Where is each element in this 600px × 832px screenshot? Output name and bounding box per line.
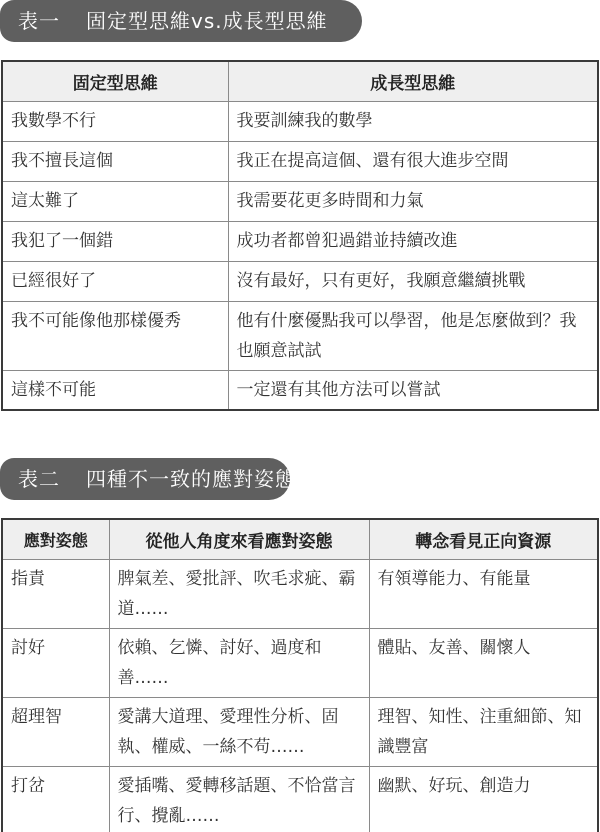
table-row: 我不擅長這個 我正在提高這個、還有很大進步空間 — [2, 141, 598, 181]
fixed-mindset-cell: 我數學不行 — [2, 101, 228, 141]
fixed-mindset-cell: 我不擅長這個 — [2, 141, 228, 181]
others-view-cell: 愛插嘴、愛轉移話題、不恰當言行、攪亂…… — [109, 766, 369, 832]
fixed-mindset-cell: 我不可能像他那樣優秀 — [2, 301, 228, 370]
table-header-row: 固定型思維 成長型思維 — [2, 61, 598, 101]
table-row: 我不可能像他那樣優秀 他有什麼優點我可以學習，他是怎麼做到？我也願意試試 — [2, 301, 598, 370]
table2-title-number: 表二 — [18, 458, 60, 500]
column-header-stance: 應對姿態 — [2, 519, 109, 559]
table1-title: 表一固定型思維vs.成長型思維 — [0, 0, 362, 42]
positive-resource-cell: 幽默、好玩、創造力 — [369, 766, 598, 832]
stance-cell: 討好 — [2, 628, 109, 697]
others-view-cell: 依賴、乞憐、討好、過度和善…… — [109, 628, 369, 697]
growth-mindset-cell: 成功者都曾犯過錯並持續改進 — [228, 221, 598, 261]
stance-cell: 指責 — [2, 559, 109, 628]
column-header-positive-resource: 轉念看見正向資源 — [369, 519, 598, 559]
growth-mindset-cell: 我要訓練我的數學 — [228, 101, 598, 141]
table-row: 超理智 愛講大道理、愛理性分析、固執、權威、一絲不苟…… 理智、知性、注重細節、… — [2, 697, 598, 766]
growth-mindset-cell: 我正在提高這個、還有很大進步空間 — [228, 141, 598, 181]
table-row: 這太難了 我需要花更多時間和力氣 — [2, 181, 598, 221]
others-view-cell: 脾氣差、愛批評、吹毛求疵、霸道…… — [109, 559, 369, 628]
table-row: 這樣不可能 一定還有其他方法可以嘗試 — [2, 370, 598, 410]
positive-resource-cell: 理智、知性、注重細節、知識豐富 — [369, 697, 598, 766]
table-row: 已經很好了 沒有最好，只有更好，我願意繼續挑戰 — [2, 261, 598, 301]
growth-mindset-cell: 我需要花更多時間和力氣 — [228, 181, 598, 221]
fixed-mindset-cell: 這太難了 — [2, 181, 228, 221]
table-row: 討好 依賴、乞憐、討好、過度和善…… 體貼、友善、關懷人 — [2, 628, 598, 697]
column-header-fixed-mindset: 固定型思維 — [2, 61, 228, 101]
column-header-growth-mindset: 成長型思維 — [228, 61, 598, 101]
table-row: 我數學不行 我要訓練我的數學 — [2, 101, 598, 141]
table2-title-text: 四種不一致的應對姿態 — [86, 467, 296, 491]
fixed-mindset-cell: 已經很好了 — [2, 261, 228, 301]
coping-stances-table: 應對姿態 從他人角度來看應對姿態 轉念看見正向資源 指責 脾氣差、愛批評、吹毛求… — [1, 518, 599, 832]
fixed-mindset-cell: 我犯了一個錯 — [2, 221, 228, 261]
table-row: 打岔 愛插嘴、愛轉移話題、不恰當言行、攪亂…… 幽默、好玩、創造力 — [2, 766, 598, 832]
fixed-mindset-cell: 這樣不可能 — [2, 370, 228, 410]
table2-title: 表二四種不一致的應對姿態 — [0, 458, 290, 500]
table1-title-number: 表一 — [18, 0, 60, 42]
table-row: 指責 脾氣差、愛批評、吹毛求疵、霸道…… 有領導能力、有能量 — [2, 559, 598, 628]
table-row: 我犯了一個錯 成功者都曾犯過錯並持續改進 — [2, 221, 598, 261]
fixed-vs-growth-mindset-table: 固定型思維 成長型思維 我數學不行 我要訓練我的數學 我不擅長這個 我正在提高這… — [1, 60, 599, 411]
others-view-cell: 愛講大道理、愛理性分析、固執、權威、一絲不苟…… — [109, 697, 369, 766]
growth-mindset-cell: 他有什麼優點我可以學習，他是怎麼做到？我也願意試試 — [228, 301, 598, 370]
growth-mindset-cell: 沒有最好，只有更好，我願意繼續挑戰 — [228, 261, 598, 301]
stance-cell: 超理智 — [2, 697, 109, 766]
column-header-others-view: 從他人角度來看應對姿態 — [109, 519, 369, 559]
positive-resource-cell: 體貼、友善、關懷人 — [369, 628, 598, 697]
table-header-row: 應對姿態 從他人角度來看應對姿態 轉念看見正向資源 — [2, 519, 598, 559]
growth-mindset-cell: 一定還有其他方法可以嘗試 — [228, 370, 598, 410]
table1-title-text: 固定型思維vs.成長型思維 — [86, 9, 328, 33]
stance-cell: 打岔 — [2, 766, 109, 832]
positive-resource-cell: 有領導能力、有能量 — [369, 559, 598, 628]
